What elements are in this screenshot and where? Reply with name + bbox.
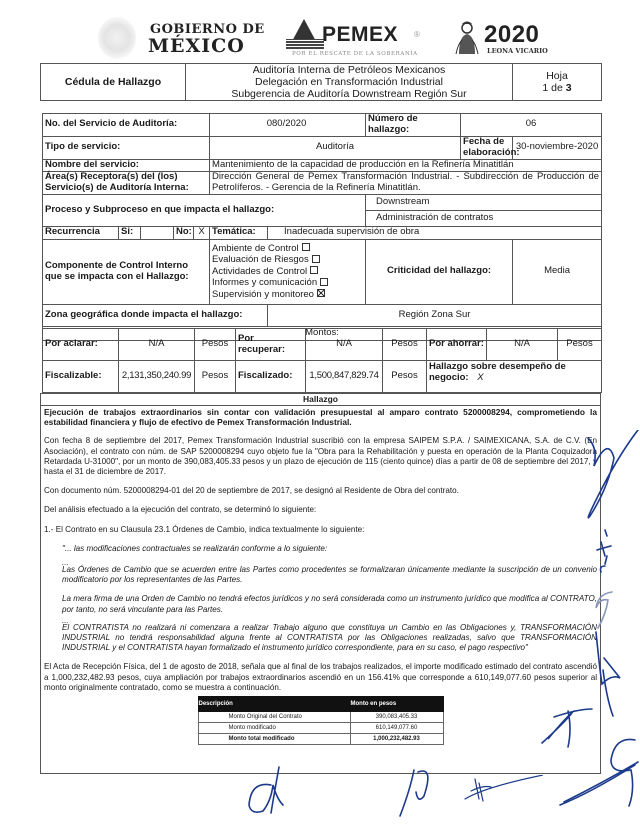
table-row: Monto total modificado 1,000,232,482.93 bbox=[198, 734, 443, 745]
desempeno-label: Hallazgo sobre desempeño de negocio: bbox=[429, 361, 566, 383]
criticidad-label: Criticidad del hallazgo: bbox=[366, 239, 513, 304]
montos-table: Por aclarar: N/A Pesos Por recuperar: N/… bbox=[42, 328, 602, 393]
organization-block: Auditoría Interna de Petróleos Mexicanos… bbox=[186, 64, 513, 101]
document-header-table: Cédula de Hallazgo Auditoría Interna de … bbox=[40, 63, 602, 101]
table-row: Monto Original del Contrato 390,083,405.… bbox=[198, 712, 443, 723]
org-line3: Subgerencia de Auditoría Downstream Regi… bbox=[189, 88, 509, 100]
amounts-table: Descripción Monto en pesos Monto Origina… bbox=[198, 696, 444, 745]
hallazgo-paragraph: 1.- El Contrato en su Clausula 23.1 Órde… bbox=[44, 525, 597, 535]
hallazgo-lead: Ejecución de trabajos extraordinarios si… bbox=[44, 407, 597, 427]
checkbox-ambiente[interactable] bbox=[302, 243, 310, 251]
tipo-label: Tipo de servicio: bbox=[43, 136, 210, 159]
si-label: Si: bbox=[119, 226, 141, 239]
componente-item[interactable]: Evaluación de Riesgos bbox=[212, 254, 363, 266]
hallazgo-section: Hallazgo Ejecución de trabajos extraordi… bbox=[40, 393, 601, 774]
mexico-seal-icon bbox=[98, 17, 136, 59]
doc-type: Cédula de Hallazgo bbox=[41, 64, 186, 101]
leona-vicario-portrait-icon bbox=[453, 20, 481, 55]
componente-item[interactable]: Actividades de Control bbox=[212, 266, 363, 278]
currency-label: Pesos bbox=[195, 329, 236, 361]
fecha-label: Fecha de elaboración: bbox=[461, 136, 513, 159]
pemex-logo: PEMEX bbox=[322, 23, 398, 47]
nombre-value: Mantenimiento de la capacidad de producc… bbox=[210, 159, 602, 171]
subproceso-value: Administración de contratos bbox=[366, 210, 602, 226]
desempeno-cell: Hallazgo sobre desempeño de negocio: X bbox=[427, 361, 602, 393]
currency-label: Pesos bbox=[383, 329, 427, 361]
hallazgo-paragraph: Con fecha 8 de septiembre del 2017, Peme… bbox=[44, 436, 597, 477]
tematica-value: Inadecuada supervisión de obra bbox=[268, 226, 602, 239]
sheet-total: 3 bbox=[566, 82, 572, 94]
hallazgo-body: Ejecución de trabajos extraordinarios si… bbox=[41, 406, 600, 745]
currency-label: Pesos bbox=[558, 329, 602, 361]
no-label: No: bbox=[174, 226, 194, 239]
por-recuperar-label: Por recuperar: bbox=[236, 329, 306, 361]
zona-value: Región Zona Sur bbox=[268, 304, 602, 326]
checkbox-evaluacion[interactable] bbox=[312, 255, 320, 263]
signature-margin-2-icon bbox=[593, 528, 623, 573]
area-value: Dirección General de Pemex Transformació… bbox=[210, 171, 602, 194]
amounts-header-desc: Descripción bbox=[198, 697, 350, 712]
signature-bottom-4-icon bbox=[560, 760, 640, 805]
recurrencia-label: Recurrencia bbox=[43, 226, 119, 239]
year-caption: LEONA VICARIO bbox=[487, 47, 548, 55]
contract-quote-block: ... Las Órdenes de Cambio que se acuerde… bbox=[44, 560, 597, 585]
pemex-registered: ® bbox=[414, 30, 420, 39]
servicio-label: No. del Servicio de Auditoría: bbox=[43, 114, 210, 137]
sheet-indicator: Hoja 1 de 3 bbox=[513, 64, 602, 101]
checkbox-informes[interactable] bbox=[320, 278, 328, 286]
org-line2: Delegación en Transformación Industrial bbox=[189, 76, 509, 88]
hallazgo-num-value: 06 bbox=[461, 114, 602, 137]
proceso-label: Proceso y Subproceso en que impacta el h… bbox=[43, 194, 366, 226]
desempeno-value: X bbox=[477, 372, 483, 383]
contract-quote: "... las modificaciones contractuales se… bbox=[44, 544, 597, 554]
contract-quote-block: ... El CONTRATISTA no realizará ni comen… bbox=[44, 618, 597, 654]
por-aclarar-label: Por aclarar: bbox=[43, 329, 119, 361]
hallazgo-title: Hallazgo bbox=[41, 394, 600, 406]
currency-label: Pesos bbox=[383, 361, 427, 393]
checkbox-actividades[interactable] bbox=[310, 266, 318, 274]
contract-quote: El CONTRATISTA no realizará ni comenzara… bbox=[62, 623, 597, 652]
hallazgo-paragraph: Del análisis efectuado a la ejecución de… bbox=[44, 505, 597, 515]
area-label: Área(s) Receptora(s) del (los) Servicio(… bbox=[43, 171, 210, 194]
table-row: Monto modificado 610,149,077.60 bbox=[198, 723, 443, 734]
componente-item[interactable]: Informes y comunicación bbox=[212, 277, 363, 289]
por-aclarar-value: N/A bbox=[119, 329, 195, 361]
no-value: X bbox=[194, 226, 210, 239]
fiscalizable-label: Fiscalizable: bbox=[43, 361, 119, 393]
sheet-label: Hoja bbox=[516, 70, 598, 82]
fiscalizado-label: Fiscalizado: bbox=[236, 361, 306, 393]
signature-bottom-2-icon bbox=[398, 768, 438, 818]
year-logo: 2020 bbox=[484, 21, 539, 49]
sheet-page: 1 de bbox=[542, 82, 565, 94]
pemex-eagle-base-icon bbox=[286, 39, 324, 49]
servicio-value: 080/2020 bbox=[210, 114, 366, 137]
amounts-header-amount: Monto en pesos bbox=[350, 697, 443, 712]
signature-margin-3-icon bbox=[590, 590, 620, 630]
contract-quote: Las Órdenes de Cambio que se acuerden en… bbox=[62, 565, 597, 584]
gobierno-logo-line2: MÉXICO bbox=[148, 35, 245, 57]
signature-margin-1-icon bbox=[585, 430, 640, 525]
por-ahorrar-value: N/A bbox=[487, 329, 558, 361]
finding-form-table: No. del Servicio de Auditoría: 080/2020 … bbox=[42, 113, 602, 341]
proceso-value: Downstream bbox=[366, 194, 602, 210]
componente-label: Componente de Control Interno que se imp… bbox=[43, 239, 210, 304]
fecha-value: 30-noviembre-2020 bbox=[513, 136, 602, 159]
por-ahorrar-label: Por ahorrar: bbox=[427, 329, 487, 361]
pemex-tagline: POR EL RESCATE DE LA SOBERANÍA bbox=[292, 51, 418, 57]
fiscalizable-value: 2,131,350,240.99 bbox=[119, 361, 195, 393]
checkbox-supervision[interactable] bbox=[317, 289, 325, 297]
hallazgo-num-label: Número de hallazgo: bbox=[366, 114, 461, 137]
hallazgo-paragraph: El Acta de Recepción Física, del 1 de ag… bbox=[44, 662, 597, 693]
contract-quote: La mera firma de una Orden de Cambio no … bbox=[44, 594, 597, 614]
componente-item[interactable]: Supervisión y monitoreo bbox=[212, 289, 363, 301]
org-line1: Auditoría Interna de Petróleos Mexicanos bbox=[189, 64, 509, 76]
componente-list: Ambiente de Control Evaluación de Riesgo… bbox=[210, 239, 366, 304]
si-value bbox=[141, 226, 174, 239]
tipo-value: Auditoría bbox=[210, 136, 461, 159]
nombre-label: Nombre del servicio: bbox=[43, 159, 210, 171]
por-recuperar-value: N/A bbox=[306, 329, 383, 361]
zona-label: Zona geográfica donde impacta el hallazg… bbox=[43, 304, 268, 326]
currency-label: Pesos bbox=[195, 361, 236, 393]
fiscalizado-value: 1,500,847,829.74 bbox=[306, 361, 383, 393]
signature-bottom-3-icon bbox=[463, 775, 543, 805]
hallazgo-paragraph: Con documento núm. 5200008294-01 del 20 … bbox=[44, 486, 597, 496]
componente-item[interactable]: Ambiente de Control bbox=[212, 243, 363, 255]
criticidad-value: Media bbox=[513, 239, 602, 304]
tematica-label: Temática: bbox=[210, 226, 268, 239]
signature-bottom-1-icon bbox=[245, 765, 290, 815]
